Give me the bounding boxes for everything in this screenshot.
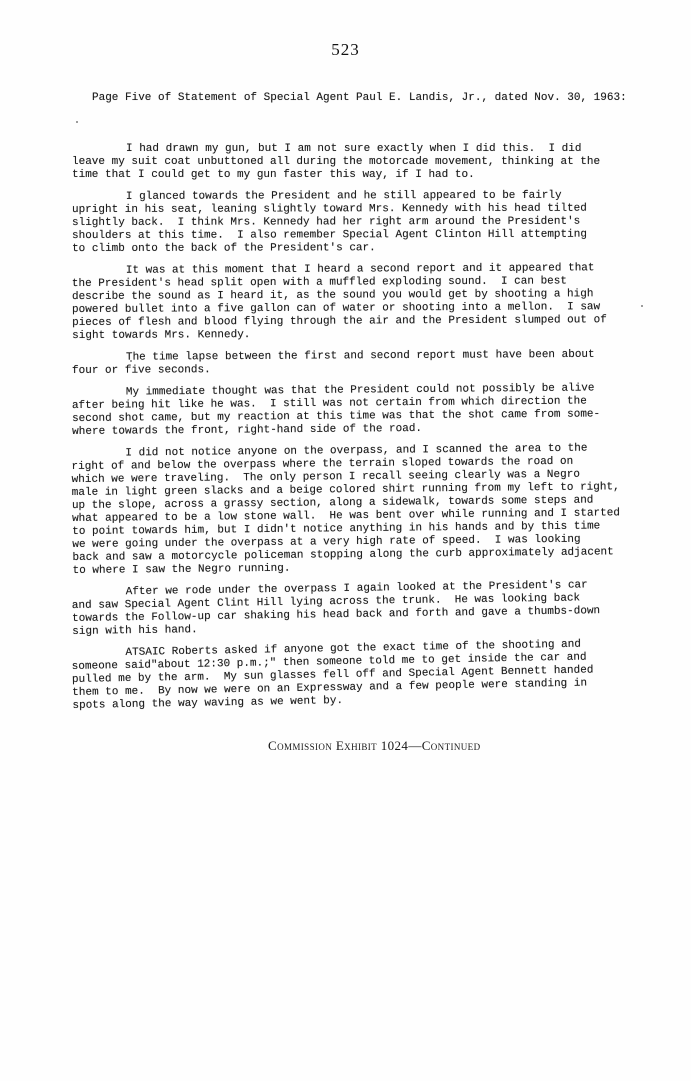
statement-paragraph: I glanced towards the President and he s… (72, 189, 647, 256)
document-page: 523 Page Five of Statement of Special Ag… (0, 0, 691, 1081)
scan-speck (641, 305, 643, 307)
statement-paragraph: ATSAIC Roberts asked if anyone got the e… (71, 637, 647, 713)
statement-paragraph: My immediate thought was that the Presid… (72, 382, 647, 439)
statement-header: Page Five of Statement of Special Agent … (92, 92, 627, 104)
statement-paragraph: The time lapse between the first and sec… (72, 348, 647, 378)
exhibit-footer-caption: Commission Exhibit 1024—Continued (268, 738, 480, 754)
statement-paragraph: I had drawn my gun, but I am not sure ex… (72, 143, 647, 182)
statement-body: I had drawn my gun, but I am not sure ex… (72, 143, 647, 722)
statement-paragraph: It was at this moment that I heard a sec… (72, 262, 647, 343)
statement-paragraph: I did not notice anyone on the overpass,… (71, 442, 647, 578)
scan-speck (556, 587, 558, 589)
page-number: 523 (0, 40, 691, 60)
scan-speck (130, 360, 132, 362)
statement-paragraph: After we rode under the overpass I again… (72, 578, 648, 639)
scan-speck (76, 121, 78, 123)
